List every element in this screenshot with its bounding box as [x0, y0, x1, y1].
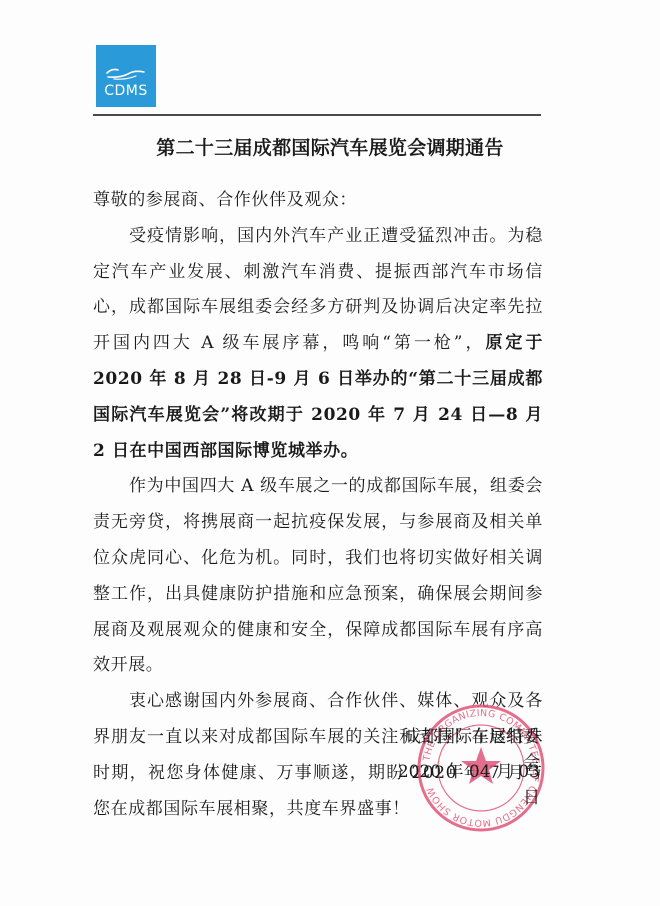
document-date: 2020 年 04 月 03 日	[392, 759, 540, 811]
document-title: 第二十三届成都国际汽车展览会调期通告	[0, 135, 660, 161]
document-page: CDMS 第二十三届成都国际汽车展览会调期通告 尊敬的参展商、合作伙伴及观众： …	[0, 0, 660, 906]
cdms-logo: CDMS	[96, 45, 156, 107]
paragraph-1-normal: 受疫情影响，国内外汽车产业正遭受猛烈冲击。为稳定汽车产业发展、刺激汽车消费、提振…	[93, 226, 543, 353]
header-divider	[93, 114, 541, 116]
car-swoosh-icon	[104, 65, 148, 81]
paragraph-1: 受疫情影响，国内外汽车产业正遭受猛烈冲击。为稳定汽车产业发展、刺激汽车消费、提振…	[93, 219, 543, 470]
salutation: 尊敬的参展商、合作伙伴及观众：	[93, 183, 543, 219]
logo-text: CDMS	[104, 84, 148, 98]
paragraph-2: 作为中国四大 A 级车展之一的成都国际车展，组委会责无旁贷，将携展商一起抗疫保发…	[93, 469, 543, 684]
